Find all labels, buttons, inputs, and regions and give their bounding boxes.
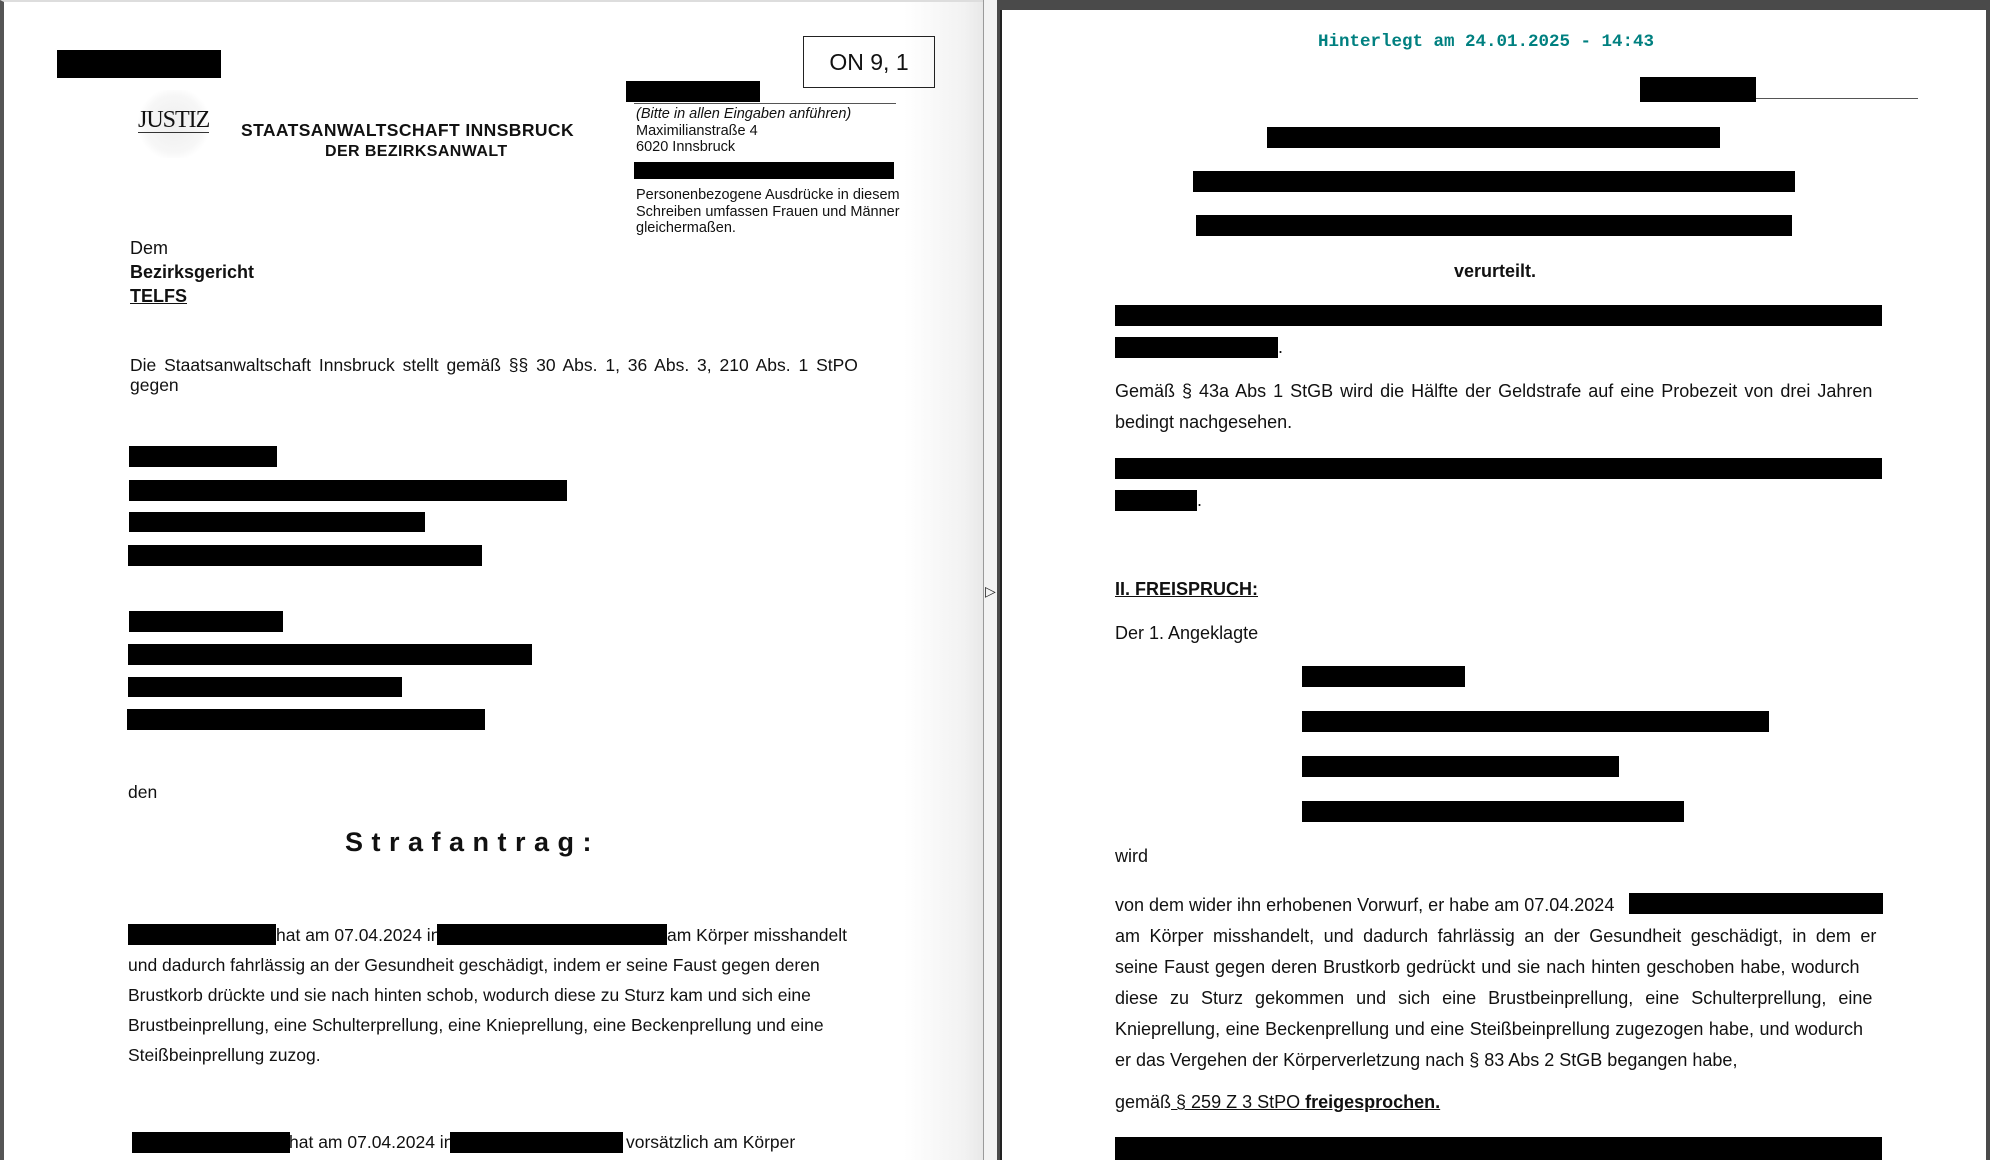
paragraph-text: hat am 07.04.2024 in [276,920,440,950]
right-document-page[interactable]: Hinterlegt am 24.01.2025 - 14:43 verurte… [1000,10,1986,1160]
acquittal-line: er das Vergehen der Körperverletzung nac… [1115,1045,1883,1076]
expand-arrow-icon[interactable]: ▷ [985,584,996,600]
verdict-verurteilt: verurteilt. [1454,261,1536,282]
wird-text: wird [1115,846,1148,867]
redaction-box [1267,127,1720,148]
period: . [1278,337,1283,358]
paragraph-line: und dadurch fahrlässig an der Gesundheit… [128,950,824,980]
paragraph-text: hat am 07.04.2024 in [289,1127,453,1157]
redaction-box [437,924,667,945]
filing-stamp: Hinterlegt am 24.01.2025 - 14:43 [1318,32,1654,52]
redaction-box [129,611,283,632]
acquittal-line: am Körper misshandelt, und dadurch fahrl… [1115,921,1883,952]
paragraph-text: vorsätzlich am Körper [626,1127,795,1157]
redaction-box [450,1132,623,1153]
verdict-prefix: gemäß [1115,1092,1171,1112]
redaction-box [129,512,425,532]
redaction-box [128,924,276,945]
redaction-box [1302,666,1465,687]
recipient-court: Bezirksgericht [130,262,254,283]
redaction-box [1115,1137,1882,1160]
redaction-box [1115,305,1882,326]
probation-text: Gemäß § 43a Abs 1 StGB wird die Hälfte d… [1115,376,1872,438]
reference-underline [1756,98,1918,99]
authority-name: STAATSANWALTSCHAFT INNSBRUCK [241,120,574,141]
redaction-box [1193,171,1795,192]
recipient-city: TELFS [130,286,187,307]
sub-authority: DER BEZIRKSANWALT [325,143,508,161]
paragraph-line: Steißbeinprellung zuzog. [128,1040,824,1070]
paragraph-line: hat am 07.04.2024 in am Körper misshande… [128,920,824,950]
redaction-box [129,480,567,501]
redaction-box [1640,77,1756,102]
address-city: 6020 Innsbruck [636,138,735,156]
justiz-logo-text: JUSTIZ [138,108,209,133]
redaction-box [626,81,760,102]
reference-hint: (Bitte in allen Eingaben anführen) [636,105,851,123]
defendant-label: Der 1. Angeklagte [1115,623,1258,644]
den-text: den [128,782,157,803]
redaction-box [132,1132,290,1153]
document-title: Strafantrag: [345,827,600,858]
redaction-box [1302,711,1769,732]
redaction-box [1196,215,1792,236]
on-number-box: ON 9, 1 [803,36,935,88]
acquittal-line: Knieprellung, eine Beckenprellung und ei… [1115,1014,1883,1045]
redaction-box [128,545,482,566]
redaction-box [128,677,402,697]
redaction-box [128,644,532,665]
verdict-line: gemäß § 259 Z 3 StPO freigesprochen. [1115,1092,1440,1113]
justiz-logo: JUSTIZ [134,90,214,158]
verdict-law-reference: § 259 Z 3 StPO [1171,1092,1305,1112]
acquittal-line: seine Faust gegen deren Brustkorb gedrüc… [1115,952,1883,983]
gender-note-line: gleichermaßen. [636,220,900,237]
gender-note-line: Schreiben umfassen Frauen und Männer [636,204,900,221]
redaction-box [1115,337,1278,358]
redaction-box [1115,458,1882,479]
acquittal-text: von dem wider ihn erhobenen Vorwurf, er … [1115,890,1883,1076]
paragraph-text: am Körper misshandelt [667,920,847,950]
left-document-page[interactable]: ON 9, 1 JUSTIZ STAATSANWALTSCHAFT INNSBR… [0,0,983,1160]
acquittal-line: diese zu Sturz gekommen und sich eine Br… [1115,983,1883,1014]
gender-note: Personenbezogene Ausdrücke in diesem Sch… [636,187,900,237]
probation-line: Gemäß § 43a Abs 1 StGB wird die Hälfte d… [1115,376,1872,407]
redaction-box [634,162,894,179]
acquittal-line: von dem wider ihn erhobenen Vorwurf, er … [1115,890,1883,921]
redaction-box [1115,490,1197,511]
intro-line: gegen [130,375,858,395]
recipient-prefix: Dem [130,238,168,259]
acquittal-text-start: von dem wider ihn erhobenen Vorwurf, er … [1115,895,1614,915]
paragraph-1: hat am 07.04.2024 in am Körper misshande… [128,920,824,1070]
probation-line: bedingt nachgesehen. [1115,407,1872,438]
pane-splitter[interactable]: ▷ [983,0,997,1160]
gender-note-line: Personenbezogene Ausdrücke in diesem [636,187,900,204]
redaction-box [1302,756,1619,777]
verdict-result: freigesprochen. [1305,1092,1440,1112]
paragraph-2: hat am 07.04.2024 in vorsätzlich am Körp… [132,1127,832,1157]
paragraph-line: Brustkorb drückte und sie nach hinten sc… [128,980,824,1010]
redaction-box [57,50,221,78]
redaction-box [1629,893,1883,914]
redaction-box [127,709,485,730]
paragraph-line: Brustbeinprellung, eine Schulterprellung… [128,1010,824,1040]
redaction-box [1302,801,1684,822]
intro-text: Die Staatsanwaltschaft Innsbruck stellt … [130,355,858,395]
section-heading-freispruch: II. FREISPRUCH: [1115,579,1258,600]
intro-line: Die Staatsanwaltschaft Innsbruck stellt … [130,355,858,375]
reference-underline [634,103,896,104]
redaction-box [129,446,277,467]
period: . [1197,490,1202,511]
